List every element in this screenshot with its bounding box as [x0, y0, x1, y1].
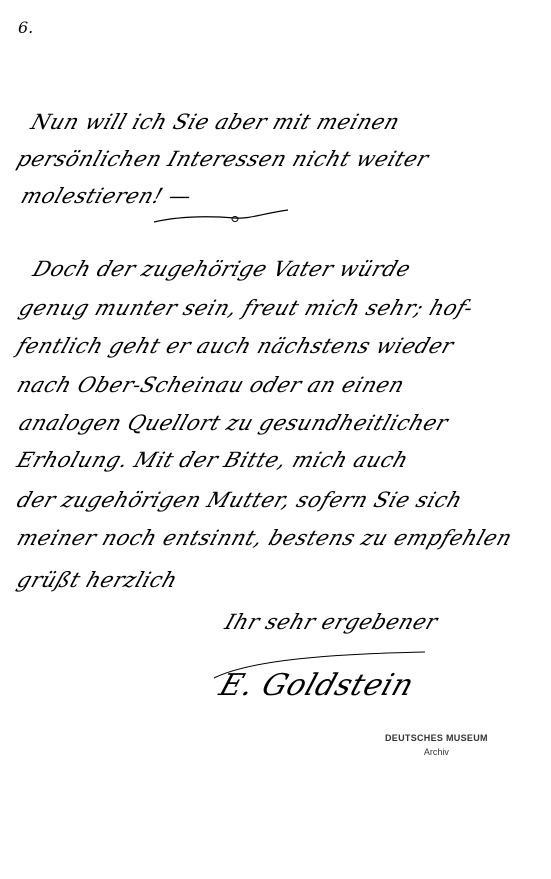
letter-line: molestieren! —: [18, 184, 195, 208]
closing-phrase: Ihr sehr ergebener: [222, 610, 441, 634]
stamp-title: DEUTSCHES MUSEUM: [385, 733, 488, 743]
letter-line: Nun will ich Sie aber mit meinen: [28, 110, 403, 134]
letter-line: analogen Quellort zu gesundheitlicher: [16, 411, 451, 435]
letter-line: Erholung. Mit der Bitte, mich auch: [14, 448, 412, 472]
letter-line: meiner noch entsinnt, bestens zu empfehl…: [14, 526, 515, 550]
letter-line: nach Ober-Scheinau oder an einen: [14, 373, 408, 397]
letter-line: grüßt herzlich: [14, 568, 181, 592]
letter-line: Doch der zugehörige Vater würde: [30, 257, 414, 281]
page-number: 6.: [18, 18, 33, 37]
letter-line: persönlichen Interessen nicht weiter: [14, 147, 432, 171]
letter-line: genug munter sein, freut mich sehr; hof-: [16, 296, 476, 320]
letter-page: 6. Nun will ich Sie aber mit meinen pers…: [0, 0, 551, 879]
letter-line: fentlich geht er auch nächstens wieder: [14, 334, 457, 358]
section-divider-flourish: [150, 208, 290, 226]
archive-stamp: DEUTSCHES MUSEUM Archiv: [385, 733, 488, 757]
letter-line: der zugehörigen Mutter, sofern Sie sich: [14, 488, 466, 512]
stamp-subtitle: Archiv: [385, 747, 488, 757]
signature: E. Goldstein: [215, 668, 418, 703]
